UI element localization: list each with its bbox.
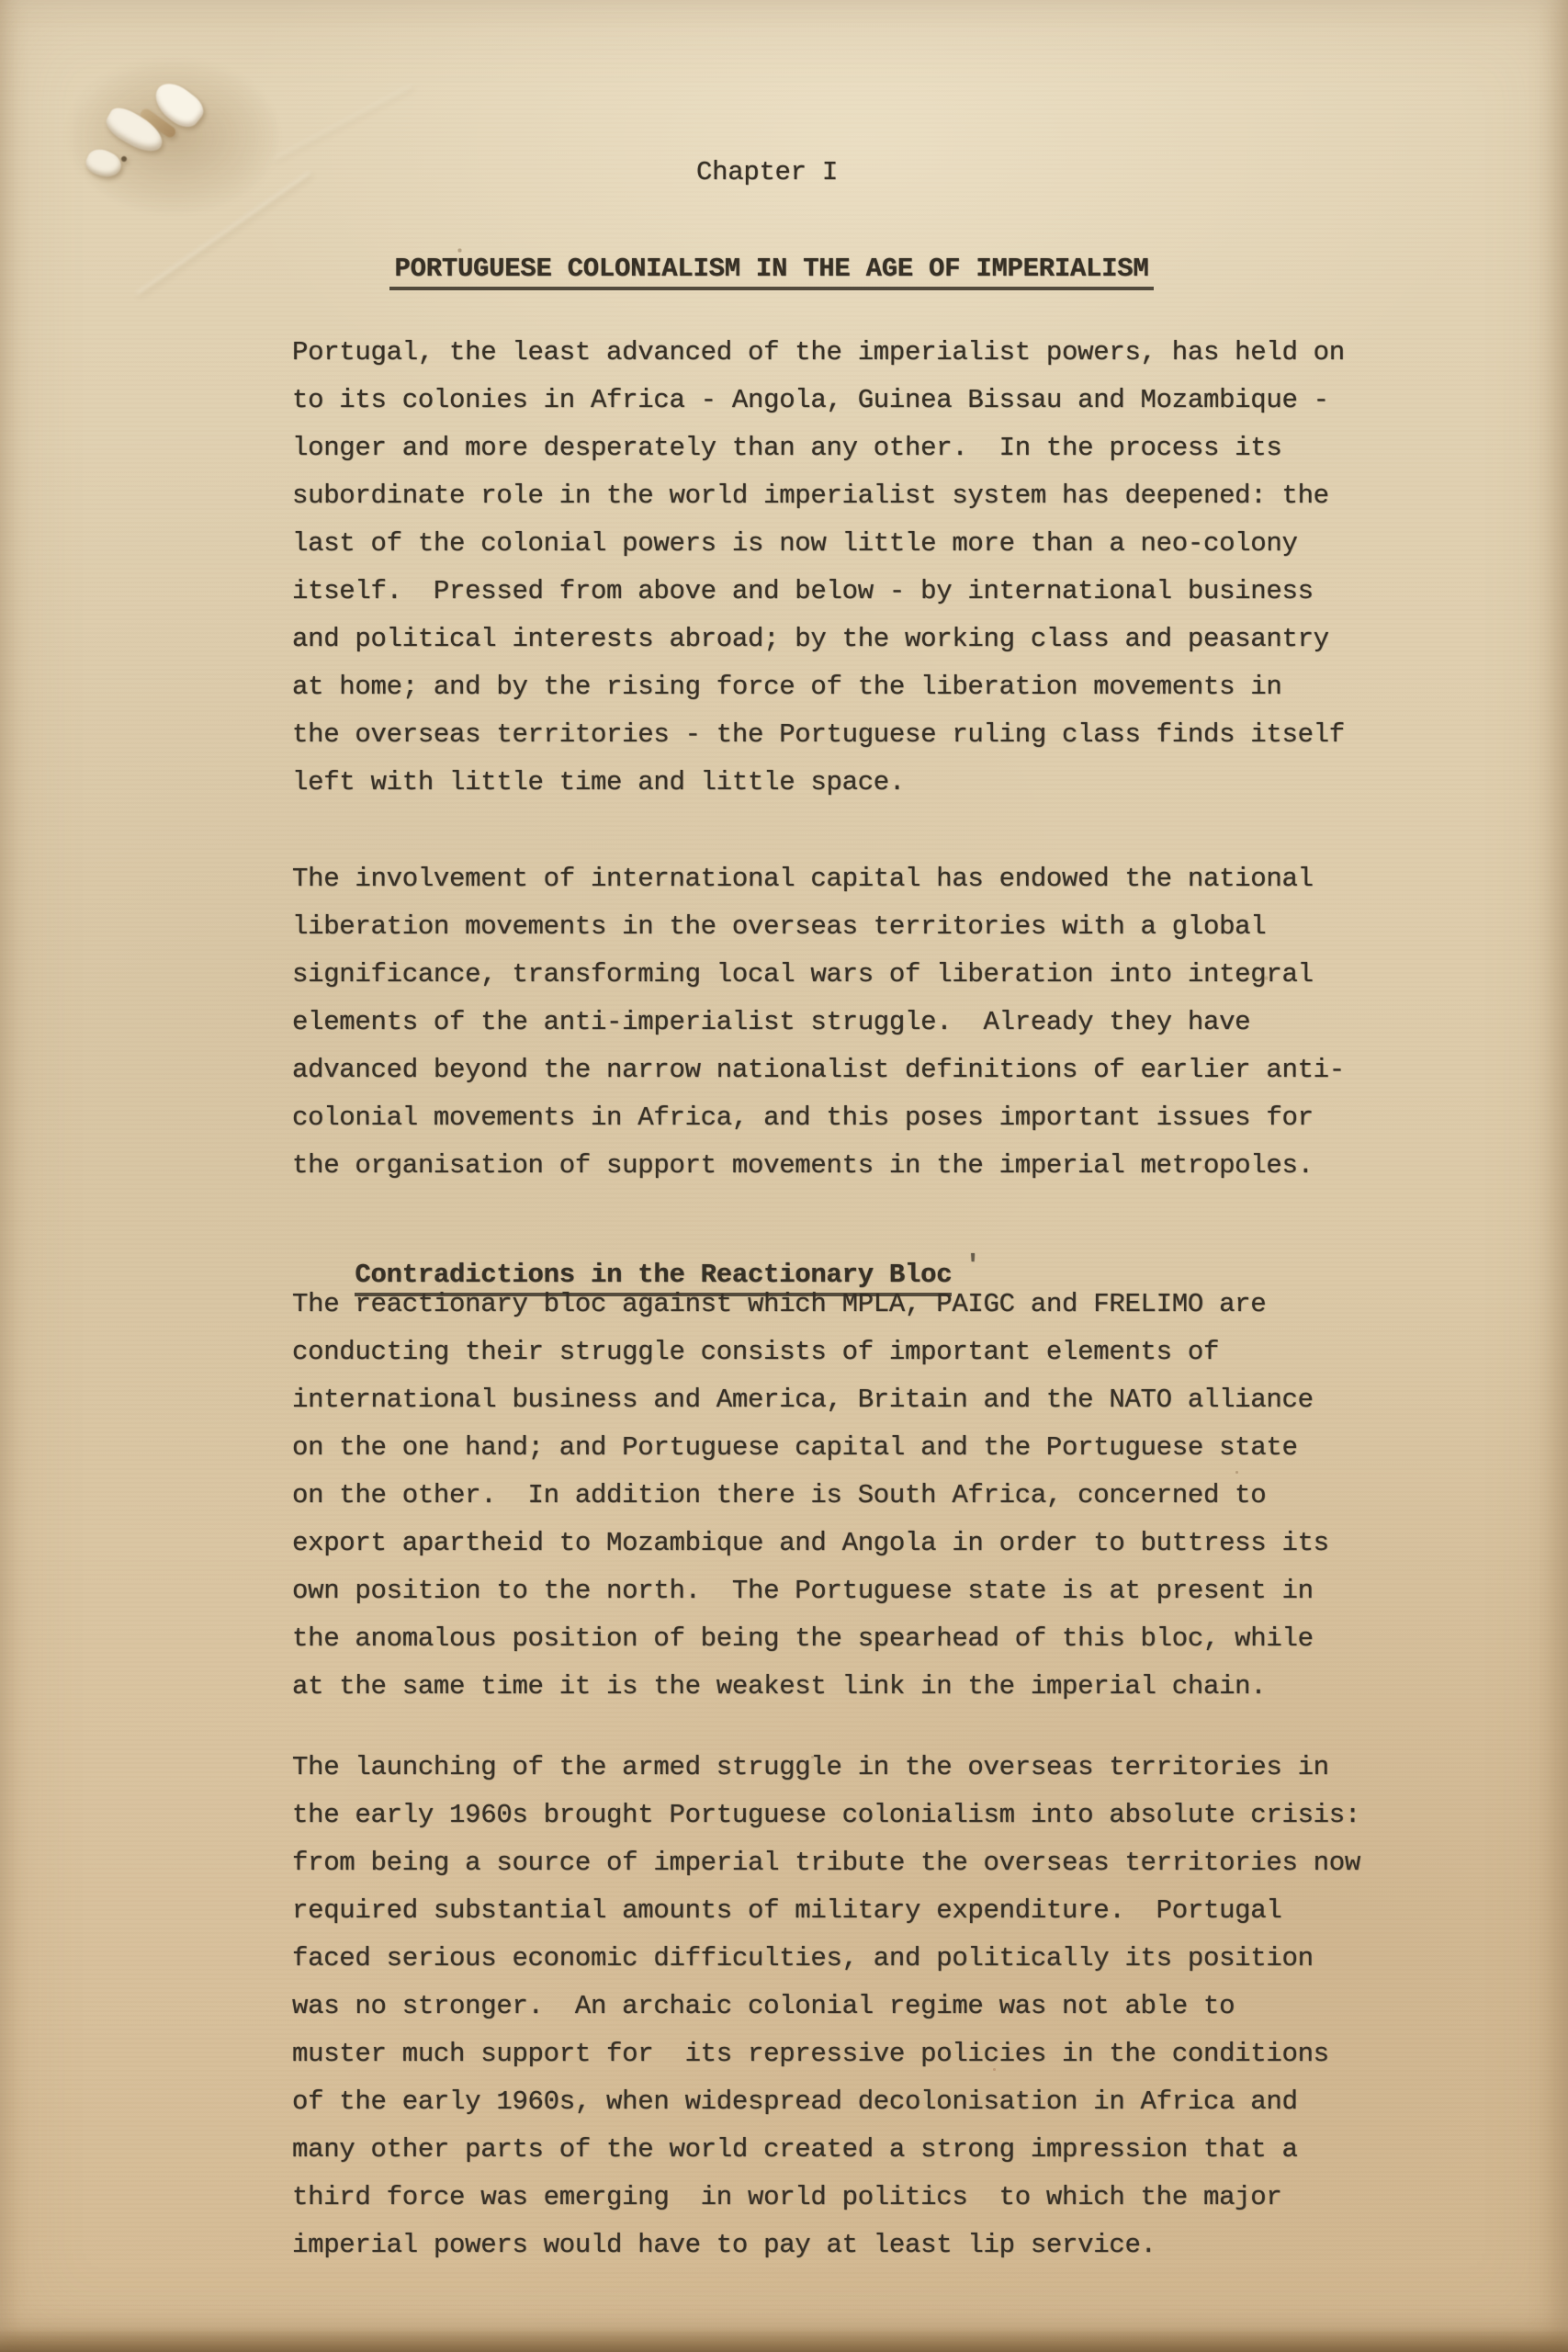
text-line: required substantial amounts of military… [292, 1887, 1376, 1935]
text-line: The reactionary bloc against which MPLA,… [292, 1281, 1376, 1329]
text-line: last of the colonial powers is now littl… [292, 520, 1376, 568]
text-line: longer and more desperately than any oth… [292, 424, 1376, 472]
text-line: elements of the anti-imperialist struggl… [292, 999, 1376, 1046]
text-line: export apartheid to Mozambique and Angol… [292, 1520, 1376, 1567]
text-line: the organisation of support movements in… [292, 1142, 1376, 1190]
text-line: to its colonies in Africa - Angola, Guin… [292, 377, 1376, 424]
text-line: liberation movements in the overseas ter… [292, 903, 1376, 951]
text-line: on the other. In addition there is South… [292, 1472, 1376, 1520]
paper-crease [273, 85, 412, 160]
text-line: Portugal, the least advanced of the impe… [292, 329, 1376, 377]
text-line: colonial movements in Africa, and this p… [292, 1094, 1376, 1142]
paragraph-3: The reactionary bloc against which MPLA,… [292, 1281, 1376, 1711]
text-line: imperial powers would have to pay at lea… [292, 2222, 1376, 2269]
paper-specks [0, 0, 1, 1]
text-line: at home; and by the rising force of the … [292, 663, 1376, 711]
text-line: advanced beyond the narrow nationalist d… [292, 1046, 1376, 1094]
text-line: left with little time and little space. [292, 759, 1376, 807]
text-line: itself. Pressed from above and below - b… [292, 568, 1376, 616]
text-line: subordinate role in the world imperialis… [292, 472, 1376, 520]
text-line: of the early 1960s, when widespread deco… [292, 2078, 1376, 2126]
paragraph-4: The launching of the armed struggle in t… [292, 1744, 1376, 2269]
text-line: the overseas territories - the Portugues… [292, 711, 1376, 759]
text-line: at the same time it is the weakest link … [292, 1663, 1376, 1711]
text-line: significance, transforming local wars of… [292, 951, 1376, 999]
text-line: own position to the north. The Portugues… [292, 1567, 1376, 1615]
text-line: the anomalous position of being the spea… [292, 1615, 1376, 1663]
paragraph-2: The involvement of international capital… [292, 855, 1376, 1190]
text-line: The launching of the armed struggle in t… [292, 1744, 1376, 1792]
text-line: from being a source of imperial tribute … [292, 1839, 1376, 1887]
text-line: on the one hand; and Portuguese capital … [292, 1424, 1376, 1472]
text-line: muster much support for its repressive p… [292, 2030, 1376, 2078]
chapter-heading: Chapter I [0, 157, 1534, 187]
text-line: and political interests abroad; by the w… [292, 616, 1376, 663]
text-line: faced serious economic difficulties, and… [292, 1935, 1376, 1983]
text-line: many other parts of the world created a … [292, 2126, 1376, 2174]
text-line: conducting their struggle consists of im… [292, 1329, 1376, 1376]
text-line: international business and America, Brit… [292, 1376, 1376, 1424]
text-line: third force was emerging in world politi… [292, 2174, 1376, 2222]
page-title-text: PORTUGUESE COLONIALISM IN THE AGE OF IMP… [389, 254, 1155, 290]
text-line: The involvement of international capital… [292, 855, 1376, 903]
paragraph-1: Portugal, the least advanced of the impe… [292, 329, 1376, 807]
text-line: was no stronger. An archaic colonial reg… [292, 1983, 1376, 2030]
stray-apostrophe-mark: ' [964, 1250, 980, 1281]
text-line: the early 1960s brought Portuguese colon… [292, 1792, 1376, 1839]
page-title: PORTUGUESE COLONIALISM IN THE AGE OF IMP… [0, 254, 1543, 290]
document-page: Chapter I PORTUGUESE COLONIALISM IN THE … [0, 0, 1568, 2352]
